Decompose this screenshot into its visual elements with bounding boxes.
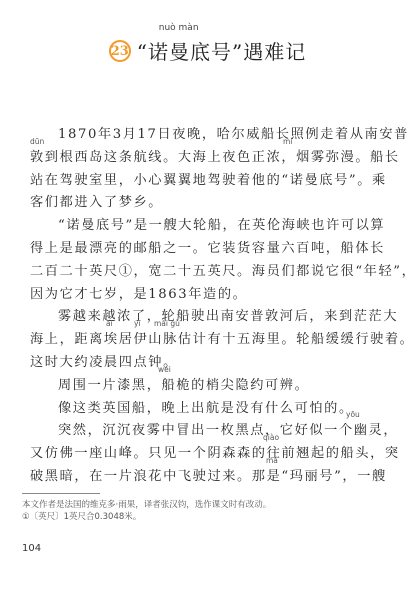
text-line: mǎ 破黑暗，在一片浪花中飞驶过来。那是“玛丽号”，一艘 (30, 466, 380, 489)
line-text: 突然，沉沉夜雾中冒出一枚黑点，它好似一个幽灵， (58, 423, 398, 438)
line-text: 破黑暗，在一片浪花中飞驶过来。那是“玛丽号”，一艘 (30, 469, 387, 484)
pinyin-annotation: dūn (30, 138, 44, 146)
pinyin-annotation: yōu (346, 411, 360, 419)
footnote-1: ①〔英尺〕1英尺合0.3048米。 (22, 511, 271, 523)
pinyin-annotation: qiào (263, 434, 279, 442)
pinyin-annotation: yī (134, 320, 141, 328)
text-line: 客们都进入了梦乡。 (30, 192, 380, 215)
text-line: dūn mí 敦到根西岛这条航线。大海上夜色正浓，烟雾弥漫。船长 (30, 147, 380, 170)
title-pinyin: nuò màn (159, 23, 199, 33)
line-text: 站在驾驶室里，小心翼翼地驾驶着他的“诺曼底号”。乘 (30, 173, 387, 188)
lesson-body: 1870年3月17日夜晚，哈尔威船长照例走着从南安普 dūn mí 敦到根西岛这… (30, 124, 380, 489)
line-text: 敦到根西岛这条航线。大海上夜色正浓，烟雾弥漫。船长 (30, 150, 400, 165)
text-line: yōu 突然，沉沉夜雾中冒出一枚黑点，它好似一个幽灵， (30, 420, 380, 443)
lesson-title-area: 23 nuò màn “诺曼底号”遇难记 (0, 36, 415, 65)
text-line: 1870年3月17日夜晚，哈尔威船长照例走着从南安普 (30, 124, 380, 147)
pinyin-annotation: wéi (158, 366, 171, 374)
text-line: 雾越来越浓了，轮船驶出南安普敦河后，来到茫茫大 (30, 306, 380, 329)
text-line: 像这类英国船，晚上出航是没有什么可怕的。 (30, 398, 380, 421)
line-text: 得上是最漂亮的邮船之一。它装货容量六百吨，船体长 (30, 241, 385, 256)
line-text: “诺曼底号”是一艘大轮船，在英伦海峡也许可以算 (58, 218, 385, 233)
title-row: 23 nuò màn “诺曼底号”遇难记 (109, 36, 306, 65)
text-line: āi yī mài gǔ 海上，距离埃居伊山脉估计有十五海里。轮船缓缓行驶着。 (30, 329, 380, 352)
line-text: 二百二十英尺①，宽二十五英尺。海员们都说它很“年轻”， (30, 264, 415, 279)
line-text: 客们都进入了梦乡。 (30, 195, 163, 210)
pinyin-annotation: āi (106, 320, 113, 328)
line-text: 这时大约凌晨四点钟。 (30, 355, 178, 370)
author-note: 本文作者是法国的维克多·雨果，译者张汉钧，选作课文时有改动。 (22, 499, 271, 511)
footnote-divider (22, 493, 100, 494)
text-line: wéi 周围一片漆黑，船桅的梢尖隐约可辨。 (30, 375, 380, 398)
text-line: 二百二十英尺①，宽二十五英尺。海员们都说它很“年轻”， (30, 261, 380, 284)
text-line: 这时大约凌晨四点钟。 (30, 352, 380, 375)
text-line: 因为它才七岁，是1863年造的。 (30, 284, 380, 307)
lesson-number-badge: 23 (109, 40, 131, 62)
footnotes: 本文作者是法国的维克多·雨果，译者张汉钧，选作课文时有改动。 ①〔英尺〕1英尺合… (22, 499, 271, 523)
text-line: 站在驾驶室里，小心翼翼地驾驶着他的“诺曼底号”。乘 (30, 170, 380, 193)
text-line: qiào 又仿佛一座山峰。只见一个阴森森的往前翘起的船头，突 (30, 443, 380, 466)
page-number: 104 (22, 543, 41, 554)
line-text: 1870年3月17日夜晚，哈尔威船长照例走着从南安普 (58, 127, 409, 142)
pinyin-annotation: mǎ (266, 457, 278, 465)
text-line: 得上是最漂亮的邮船之一。它装货容量六百吨，船体长 (30, 238, 380, 261)
lesson-title: nuò màn “诺曼底号”遇难记 (137, 36, 306, 65)
lesson-title-text: “诺曼底号”遇难记 (137, 40, 306, 64)
pinyin-annotation: mí (283, 138, 292, 146)
line-text: 像这类英国船，晚上出航是没有什么可怕的。 (58, 401, 354, 416)
line-text: 因为它才七岁，是1863年造的。 (30, 287, 247, 302)
text-line: “诺曼底号”是一艘大轮船，在英伦海峡也许可以算 (30, 215, 380, 238)
line-text: 周围一片漆黑，船桅的梢尖隐约可辨。 (58, 378, 309, 393)
pinyin-annotation: mài gǔ (154, 320, 180, 328)
line-text: 又仿佛一座山峰。只见一个阴森森的往前翘起的船头，突 (30, 446, 400, 461)
line-text: 海上，距离埃居伊山脉估计有十五海里。轮船缓缓行驶着。 (30, 332, 414, 347)
